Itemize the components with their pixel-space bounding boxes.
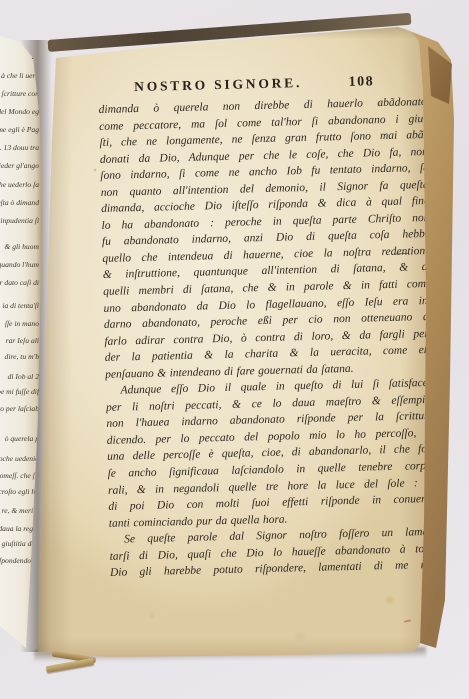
- running-header-row: NOSTRO SIGNORE. 108: [98, 72, 426, 97]
- edge-text-fragment: romeſſ. che ſſi: [0, 472, 39, 480]
- page-number: 108: [348, 74, 374, 91]
- edge-text-fragment: me egli è Pag: [0, 126, 39, 134]
- edge-text-fragment: ia di tenta'ſi: [2, 302, 39, 310]
- book-page: NOSTRO SIGNORE. 108 dimanda ò querela no…: [36, 24, 428, 660]
- edge-text-fragment: l. 13 douu tra: [0, 144, 39, 152]
- running-header: NOSTRO SIGNORE.: [134, 75, 302, 95]
- edge-text-fragment: ò querela p: [5, 435, 39, 443]
- edge-text-fragment: e ſcritture con: [0, 90, 39, 98]
- page-text: NOSTRO SIGNORE. 108 dimanda ò querela no…: [98, 72, 438, 582]
- edge-text-fragment: rar Ieſu ali: [6, 337, 39, 345]
- margin-mark: —: [393, 246, 408, 263]
- edge-text-fragment: ſſe in mano: [5, 320, 39, 328]
- edge-text-fragment: to per laſciab: [0, 405, 39, 413]
- edge-text-fragment: inpudentia ſi: [0, 217, 39, 225]
- edge-text-fragment: er dato caſi di: [0, 279, 39, 287]
- edge-text-fragment: quando l'hum: [0, 261, 39, 269]
- page-text-body: dimanda ò querela non direbbe di hauerlo…: [99, 94, 439, 582]
- edge-text-fragment: del Mondo eg: [0, 108, 39, 116]
- edge-text-fragment: dire, tu m'b: [5, 353, 39, 361]
- edge-text-fragment: be mi fuſſe dif: [0, 388, 39, 396]
- edge-text-fragment: croſto egli ha: [0, 488, 39, 496]
- edge-text-fragment: & gli huom: [4, 243, 39, 251]
- edge-text-fragment: oche uedenio: [0, 455, 39, 463]
- edge-text-fragment: che uederlo ſa: [0, 181, 39, 189]
- edge-text-fragment: eſta ò dimand: [0, 199, 39, 207]
- book-photo: Là che li uerge ſcritture condel Mondo e…: [0, 0, 469, 699]
- edge-text-fragment: di Iob al 2: [8, 373, 39, 381]
- edge-text-fragment: chieder gl'ango: [0, 162, 39, 170]
- edge-text-fragment: à che li uerg: [1, 72, 39, 80]
- foxing-speck: [404, 619, 411, 622]
